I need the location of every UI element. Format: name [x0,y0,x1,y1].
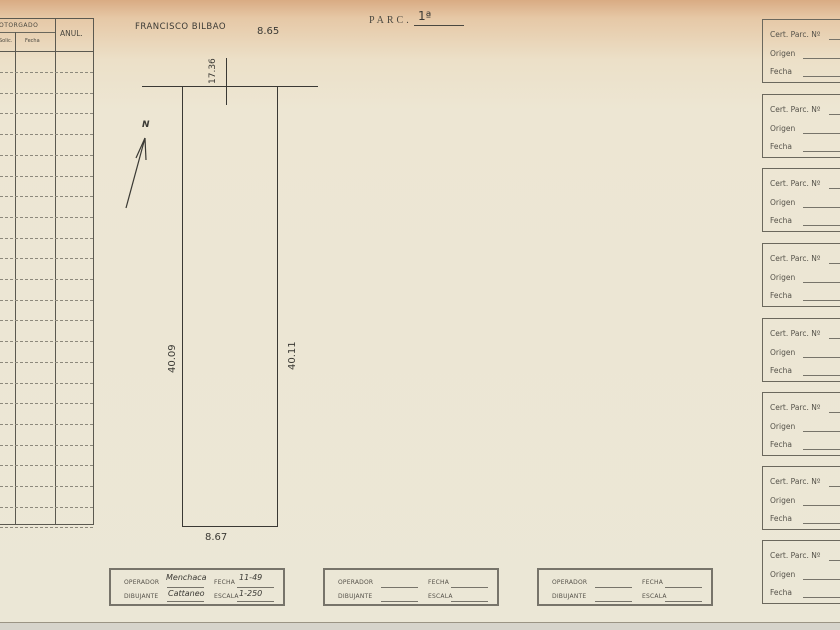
date-field[interactable] [803,151,840,152]
date-field[interactable] [665,587,702,588]
table-row-line [0,176,93,177]
table-row-line [0,93,93,94]
table-row-line [0,403,93,404]
drafter-label: DIBUJANTE [124,593,158,600]
cert-box: Cert. Parc. Nº Origen Fecha [762,318,840,382]
bottom-side-measure: 8.67 [205,532,227,543]
owner-name: FRANCISCO BILBAO [135,22,226,32]
table-row-line [0,445,93,446]
table-row-line [0,258,93,259]
date-label: FECHA [428,579,449,586]
date-field[interactable] [803,523,840,524]
date-field[interactable] [803,300,840,301]
left-side-measure: 40.09 [167,344,178,373]
table-row-line [0,238,93,239]
cert-number-label: Cert. Parc. Nº [770,254,820,263]
date-label: Fecha [770,291,792,300]
cert-number-field[interactable] [829,338,840,339]
date-label: FECHA [214,579,235,586]
cert-number-label: Cert. Parc. Nº [770,329,820,338]
cert-number-label: Cert. Parc. Nº [770,551,820,560]
cert-number-label: Cert. Parc. Nº [770,477,820,486]
date-field[interactable] [803,76,840,77]
date-label: Fecha [770,588,792,597]
drafter-value: Cattaneo [168,589,205,598]
parcel-underline [414,25,464,26]
north-arrow-icon [118,118,158,213]
cert-box: Cert. Parc. Nº Origen Fecha [762,94,840,158]
origin-field[interactable] [803,282,840,283]
table-row-line [0,383,93,384]
table-row-line [0,507,93,508]
operator-value: Menchaca [166,573,207,582]
drafter-label: DIBUJANTE [552,593,586,600]
operator-label: OPERADOR [338,579,373,586]
origin-field[interactable] [803,207,840,208]
origin-label: Origen [770,496,795,505]
cert-number-field[interactable] [829,263,840,264]
plot-left-boundary [182,86,183,527]
date-field[interactable] [237,587,274,588]
operator-field[interactable] [595,587,632,588]
cert-box: Cert. Parc. Nº Origen Fecha [762,466,840,530]
scale-value: 1-250 [239,589,262,598]
cert-number-field[interactable] [829,39,840,40]
scale-field[interactable] [237,601,274,602]
operator-field[interactable] [381,587,418,588]
origin-label: Origen [770,49,795,58]
parcel-number: 1ª [418,9,431,23]
table-row-line [0,196,93,197]
drafter-field[interactable] [167,601,204,602]
col-date-header: Fecha [25,38,40,44]
date-label: Fecha [770,514,792,523]
grant-group-header: OTORGADO [0,19,55,33]
drafter-field[interactable] [381,601,418,602]
origin-field[interactable] [803,505,840,506]
header-divider [0,51,93,52]
date-field[interactable] [451,587,488,588]
scale-field[interactable] [665,601,702,602]
cert-number-label: Cert. Parc. Nº [770,179,820,188]
col-solic-header: Solic. [0,38,12,44]
table-row-line [0,300,93,301]
north-label: N [142,120,150,130]
date-field[interactable] [803,375,840,376]
cert-box: Cert. Parc. Nº Origen Fecha [762,540,840,604]
cert-number-field[interactable] [829,486,840,487]
operator-box: OPERADOR Menchaca FECHA 11-49 DIBUJANTE … [109,568,285,606]
origin-label: Origen [770,273,795,282]
table-row-line [0,134,93,135]
col-divider [15,32,16,524]
cert-box: Cert. Parc. Nº Origen Fecha [762,19,840,83]
plot-right-boundary [277,86,278,527]
front-measure: 8.65 [257,26,279,37]
table-row-line [0,155,93,156]
date-label: Fecha [770,142,792,151]
operator-label: OPERADOR [124,579,159,586]
origin-label: Origen [770,348,795,357]
table-row-line [0,217,93,218]
drafter-label: DIBUJANTE [338,593,372,600]
operator-field[interactable] [167,587,204,588]
cert-number-label: Cert. Parc. Nº [770,105,820,114]
cert-number-field[interactable] [829,188,840,189]
table-row-line [0,465,93,466]
col-divider [55,19,56,524]
table-row-line [0,320,93,321]
top-offset-measure: 17.36 [208,58,218,84]
table-row-line [0,72,93,73]
cert-box: Cert. Parc. Nº Origen Fecha [762,392,840,456]
date-field[interactable] [803,449,840,450]
table-row-line [0,362,93,363]
date-value: 11-49 [239,573,262,582]
table-row-line [0,424,93,425]
col-anul-header: ANUL. [60,29,83,38]
page-edge [0,622,840,630]
operator-label: OPERADOR [552,579,587,586]
origin-field[interactable] [803,133,840,134]
origin-field[interactable] [803,431,840,432]
table-row-line [0,113,93,114]
operator-box: OPERADOR FECHA DIBUJANTE ESCALA [323,568,499,606]
scale-field[interactable] [451,601,488,602]
date-label: FECHA [642,579,663,586]
table-row-line [0,341,93,342]
origin-label: Origen [770,124,795,133]
date-label: Fecha [770,366,792,375]
street-line [142,86,318,87]
origin-label: Origen [770,422,795,431]
table-row-line [0,527,93,528]
right-side-measure: 40.11 [287,341,298,370]
origin-field[interactable] [803,579,840,580]
cert-box: Cert. Parc. Nº Origen Fecha [762,168,840,232]
cert-number-label: Cert. Parc. Nº [770,30,820,39]
date-label: Fecha [770,440,792,449]
origin-label: Origen [770,570,795,579]
cert-number-field[interactable] [829,114,840,115]
date-field[interactable] [803,225,840,226]
scale-label: ESCALA [642,593,667,600]
cert-number-field[interactable] [829,412,840,413]
table-row-line [0,279,93,280]
grant-table: OTORGADO Solic. Fecha ANUL. [0,18,94,525]
cadastral-card: OTORGADO Solic. Fecha ANUL. FRANCISCO BI… [0,0,840,630]
origin-field[interactable] [803,357,840,358]
date-field[interactable] [803,597,840,598]
origin-field[interactable] [803,58,840,59]
parcel-label: PARC. [369,15,412,26]
scale-label: ESCALA [428,593,453,600]
origin-label: Origen [770,198,795,207]
table-row-line [0,486,93,487]
date-label: Fecha [770,67,792,76]
drafter-field[interactable] [595,601,632,602]
date-label: Fecha [770,216,792,225]
scale-label: ESCALA [214,593,239,600]
offset-tick [226,58,227,105]
cert-number-field[interactable] [829,560,840,561]
cert-number-label: Cert. Parc. Nº [770,403,820,412]
plot-bottom-boundary [182,526,278,527]
cert-box: Cert. Parc. Nº Origen Fecha [762,243,840,307]
operator-box: OPERADOR FECHA DIBUJANTE ESCALA [537,568,713,606]
